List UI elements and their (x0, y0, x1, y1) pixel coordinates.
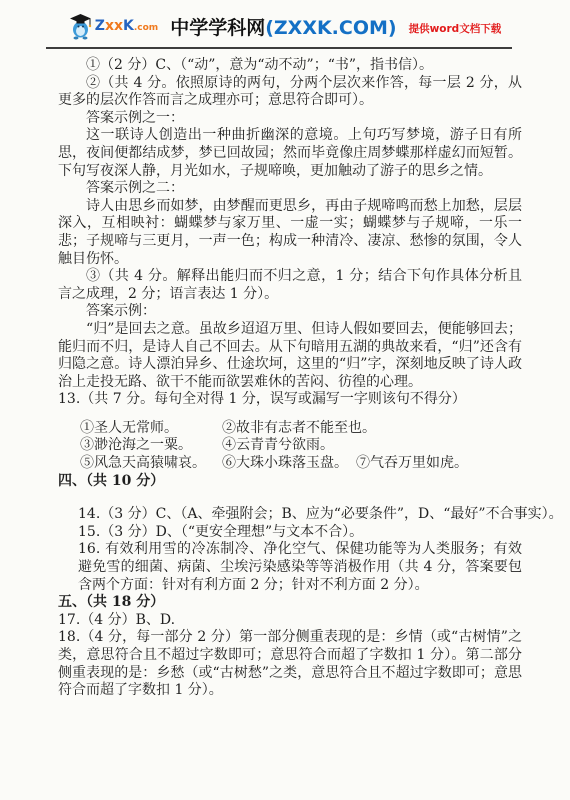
q13-item-3: ③渺沧海之一粟。 (80, 437, 222, 455)
answer-example-3-text: “归”是回去之意。虽故乡迢迢万里、但诗人假如要回去，便能够回去；能归而不归，是诗… (58, 321, 522, 391)
q18-answer: 18.（4 分，每一部分 2 分）第一部分侧重表现的是：乡情（或“古树情”之类，… (58, 629, 522, 699)
wordmark-letter: K (123, 18, 134, 34)
zxxk-wordmark: ZxxK.com (95, 19, 158, 33)
site-header: ZxxK.com 中学学科网(ZXXK.COM) 提供word文档下载 (0, 0, 570, 43)
site-title-domain: (ZXXK.COM) (265, 17, 396, 39)
q13-row: ③渺沧海之一粟。 ④云青青兮欲雨。 (80, 437, 522, 455)
answer-example-1-text: 这一联诗人创造出一种曲折幽深的意境。上句巧写梦境，游子日有所思，夜间便都结成梦，… (58, 127, 522, 180)
answer-example-2-label: 答案示例之二： (58, 180, 522, 198)
answer-key-content: ①（2 分）C、（“动”，意为“动不动”；“书”，指书信）。 ②（共 4 分。依… (0, 49, 570, 700)
q14-answer: 14.（3 分）C、（A、牵强附会；B、应为“必要条件”，D、“最好”不合事实）… (78, 506, 522, 524)
q13-heading: 13.（共 7 分。每句全对得 1 分，误写或漏写一字则该句不得分） (58, 391, 522, 409)
zxxk-logo: ZxxK.com (69, 13, 158, 40)
answer-example-3-label: 答案示例： (58, 303, 522, 321)
site-title: 中学学科网(ZXXK.COM) (170, 13, 396, 40)
q13-item-7: ⑦气吞万里如虎。 (356, 455, 468, 473)
q13-row: ⑤风急天高猿啸哀。 ⑥大珠小珠落玉盘。 ⑦气吞万里如虎。 (80, 455, 522, 473)
q16-answer: 16. 有效利用雪的冷冻制冷、净化空气、保健功能等为人类服务；有效避免雪的细菌、… (78, 541, 522, 594)
section-4-heading: 四、（共 10 分） (58, 473, 522, 491)
q13-item-2: ②故非有志者不能至也。 (222, 420, 376, 438)
q13-row: ①圣人无常师。 ②故非有志者不能至也。 (80, 420, 522, 438)
site-title-name: 中学学科网 (170, 17, 265, 39)
wordmark-letter: x (114, 18, 123, 34)
q13-item-4: ④云青青兮欲雨。 (222, 437, 334, 455)
q13-quote-list: ①圣人无常师。 ②故非有志者不能至也。 ③渺沧海之一粟。 ④云青青兮欲雨。 ⑤风… (80, 420, 522, 473)
answer-example-2-text: 诗人由思乡而如梦，由梦醒而更思乡，再由子规啼鸣而愁上加愁，层层深入，互相映衬：蝴… (58, 198, 522, 268)
q13-item-5: ⑤风急天高猿啸哀。 (80, 455, 222, 473)
q12-sub3-scoring-note: ③（共 4 分。解释出能归而不归之意，1 分；结合下句作具体分析且言之成理，2 … (58, 268, 522, 303)
q13-item-6: ⑥大珠小珠落玉盘。 (222, 455, 356, 473)
section-5-heading: 五、（共 18 分） (58, 594, 522, 612)
q15-answer: 15.（3 分）D、（“更安全理想”与文本不合）。 (78, 524, 522, 542)
site-tagline: 提供word文档下载 (409, 17, 502, 36)
q12-sub1-answer: ①（2 分）C、（“动”，意为“动不动”；“书”，指书信）。 (58, 57, 522, 75)
zxxk-mascot-icon (69, 13, 93, 40)
section-4-items: 14.（3 分）C、（A、牵强附会；B、应为“必要条件”，D、“最好”不合事实）… (78, 506, 522, 594)
q13-item-1: ①圣人无常师。 (80, 420, 222, 438)
q12-sub2-scoring-note: ②（共 4 分。依照原诗的两句，分两个层次来作答，每一层 2 分，从更多的层次作… (58, 75, 522, 110)
wordmark-com-suffix: .com (134, 23, 158, 33)
wordmark-letter: x (105, 18, 114, 34)
q17-answer: 17.（4 分）B、D. (58, 612, 522, 630)
document-page: ZxxK.com 中学学科网(ZXXK.COM) 提供word文档下载 ①（2 … (0, 0, 570, 800)
answer-example-1-label: 答案示例之一： (58, 110, 522, 128)
wordmark-letter: Z (95, 18, 105, 34)
